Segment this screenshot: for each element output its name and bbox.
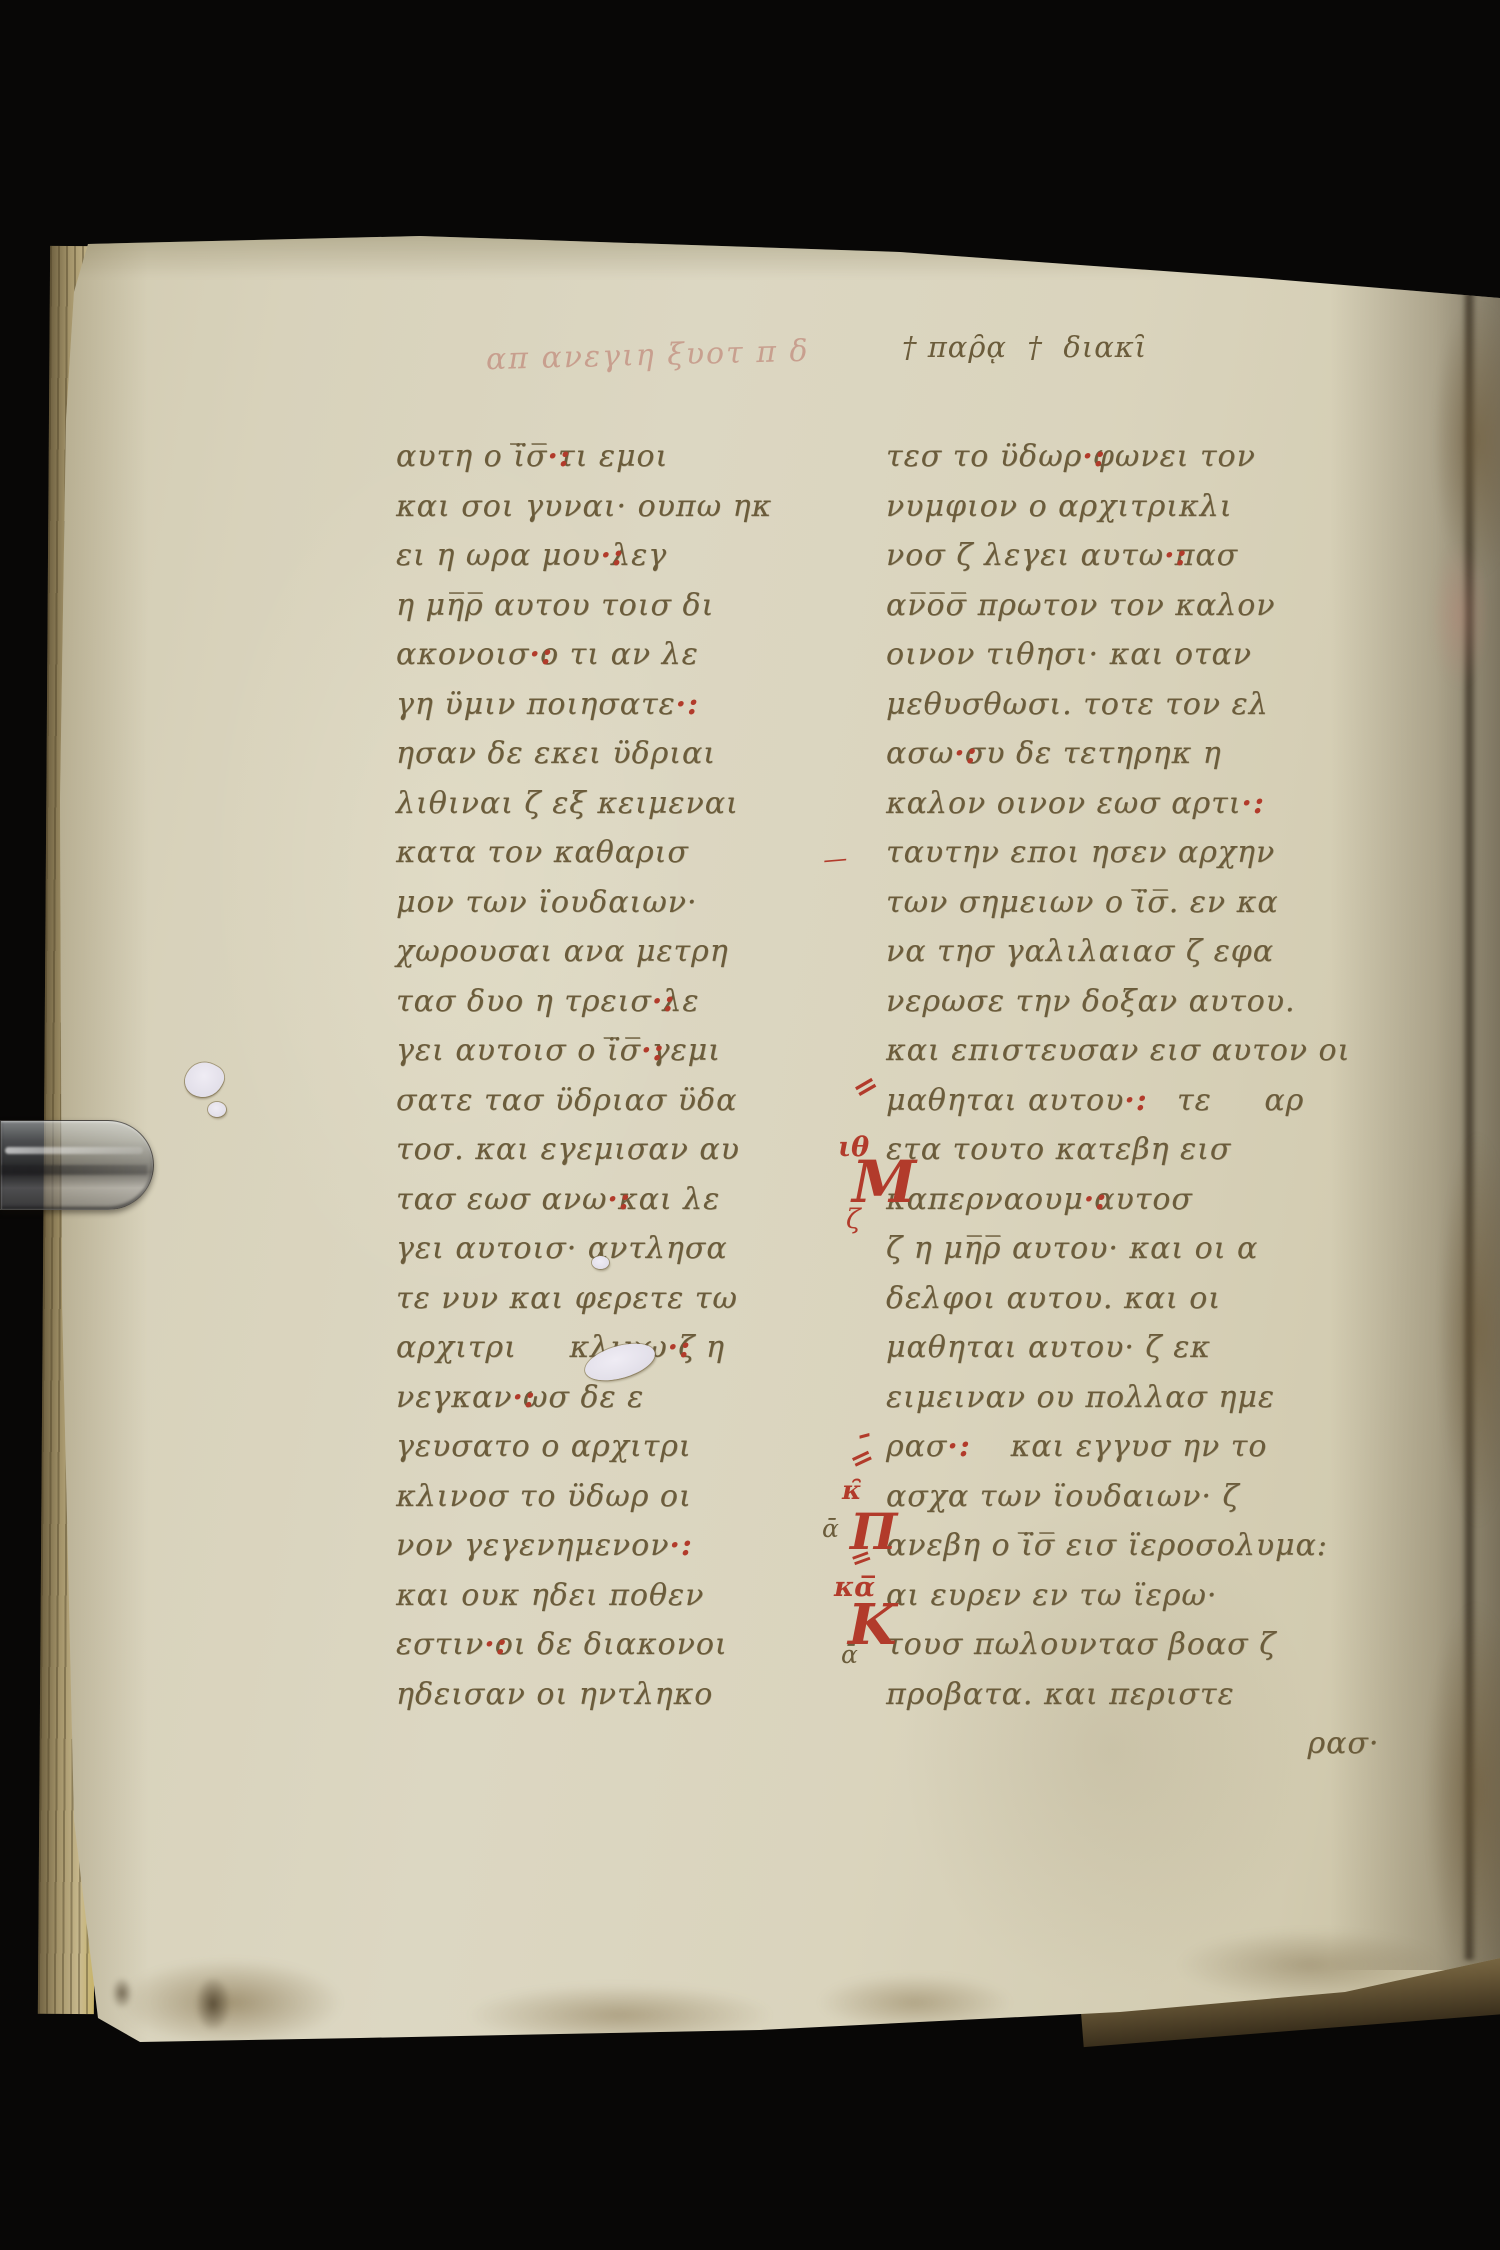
- manuscript-line: τασ εωσ ανω·: και λε: [396, 1175, 916, 1225]
- manuscript-line: τασ δυο η τρεισ·: λε: [396, 977, 916, 1027]
- manuscript-line: νοσ ζ λεγει αυτω·: πασ: [886, 531, 1406, 581]
- paragraph-mark-red: —: [822, 844, 848, 874]
- manuscript-line: ταυτην εποι ησεν αρχην: [886, 828, 1406, 878]
- manuscript-line: των σημειων ο ϊ̅σ̅. εν κα: [886, 878, 1406, 928]
- manuscript-page: † παρ̑ᾳ † διακι̑ απ ανεγιη ξυοτ π δ αυτη…: [0, 0, 1500, 2250]
- manuscript-line: τουσ πωλουντασ βοασ ζ: [886, 1620, 1406, 1670]
- glass-page-weight[interactable]: [0, 1120, 154, 1210]
- manuscript-line: καπερναουμ·: αυτοσ: [886, 1175, 1406, 1225]
- manuscript-line: ηδεισαν οι ηντληκο: [396, 1670, 916, 1720]
- manuscript-line: μαθηται αυτου· ζ εκ: [886, 1323, 1406, 1373]
- manuscript-line: ανεβη ο ϊ̅σ̅ εισ ϊεροσολυμα:: [886, 1521, 1406, 1571]
- manuscript-line: ασω·: συ δε τετηρηκ η: [886, 729, 1406, 779]
- manuscript-line: γει αυτοισ· αντλησα: [396, 1224, 916, 1274]
- rod-core-shadow: [1, 1165, 147, 1175]
- water-stain: [120, 1960, 340, 2045]
- rod-highlight: [5, 1147, 143, 1154]
- dark-stain: [196, 1978, 230, 2030]
- manuscript-line: προβατα. και περιστε: [886, 1670, 1406, 1720]
- manuscript-line: γει αυτοισ ο ϊ̅σ̅·: γεμι: [396, 1026, 916, 1076]
- manuscript-line: νυμφιον ο αρχιτρικλι: [886, 482, 1406, 532]
- manuscript-line: ειμειναν ου πολλασ ημε: [886, 1373, 1406, 1423]
- manuscript-line: ει η ωρα μου·: λεγ: [396, 531, 916, 581]
- manuscript-line: ησαν δε εκει ϋδριαι: [396, 729, 916, 779]
- manuscript-line: δελφοι αυτου. και οι: [886, 1274, 1406, 1324]
- manuscript-line: και επιστευσαν εισ αυτον οι: [886, 1026, 1406, 1076]
- water-stain: [820, 1975, 1010, 2030]
- canon-mark: ζ: [846, 1204, 861, 1235]
- manuscript-line: ρασ·: και εγγυσ ην το: [886, 1422, 1406, 1472]
- manuscript-line: σατε τασ ϋδριασ ϋδα: [396, 1076, 916, 1126]
- canon-number-alpha-2: ᾱ: [841, 1640, 858, 1669]
- manuscript-line: εστιν·: οι δε διακονοι: [396, 1620, 916, 1670]
- manuscript-line: ζ η μη̅ρ̅ αυτου· και οι α: [886, 1224, 1406, 1274]
- text-column-right: τεσ το ϋδωρ·: φωνει τοννυμφιον ο αρχιτρι…: [886, 432, 1406, 1769]
- lection-heading: † παρ̑ᾳ † διακι̑: [902, 330, 1147, 364]
- dark-stain: [112, 1978, 132, 2008]
- manuscript-line: καλον οινον εωσ αρτι·:: [886, 779, 1406, 829]
- manuscript-line: γη ϋμιν ποιησατε·:: [396, 680, 916, 730]
- manuscript-line: ετα τουτο κατεβη εισ: [886, 1125, 1406, 1175]
- manuscript-line: ρασ·: [886, 1719, 1406, 1769]
- manuscript-line: ακονοισ·: ο τι αν λε: [396, 630, 916, 680]
- manuscript-line: τεσ το ϋδωρ·: φωνει τον: [886, 432, 1406, 482]
- parchment-stain: [1430, 540, 1490, 690]
- initial-mu: Μ: [852, 1148, 916, 1216]
- manuscript-line: να τησ γαλιλαιασ ζ εφα: [886, 927, 1406, 977]
- manuscript-line: μον των ϊουδαιων·: [396, 878, 916, 928]
- manuscript-line: η μη̅ρ̅ αυτου τοισ δι: [396, 581, 916, 631]
- manuscript-line: ασχα των ϊουδαιων· ζ: [886, 1472, 1406, 1522]
- manuscript-line: αυτη ο ϊ̅σ̅·: τι εμοι: [396, 432, 916, 482]
- manuscript-line: αν̅ο̅σ̅ πρωτον τον καλον: [886, 581, 1406, 631]
- manuscript-line: νερωσε την δοξαν αυτου.: [886, 977, 1406, 1027]
- manuscript-line: αρχιτρι κλινω·: ζ η: [396, 1323, 916, 1373]
- page-top-shadow: [60, 232, 1500, 278]
- manuscript-line: τε νυν και φερετε τω: [396, 1274, 916, 1324]
- facing-leaf-edge: [1424, 1600, 1500, 1980]
- manuscript-line: νεγκαν·: ωσ δε ε: [396, 1373, 916, 1423]
- manuscript-line: γευσατο ο αρχιτρι: [396, 1422, 916, 1472]
- manuscript-line: οινον τιθησι· και οταν: [886, 630, 1406, 680]
- facing-leaf-edge: [1438, 1130, 1500, 1530]
- facing-leaf-edge: [1432, 300, 1500, 580]
- parchment-hole: [592, 1256, 609, 1269]
- faded-rubric-offset: απ ανεγιη ξυοτ π δ: [486, 334, 810, 377]
- manuscript-line: αι ευρεν εν τω ϊερω·: [886, 1571, 1406, 1621]
- water-stain: [470, 1985, 770, 2045]
- parchment-hole: [208, 1102, 226, 1117]
- manuscript-line: μαθηται αυτου·: τε αρ: [886, 1076, 1406, 1126]
- manuscript-line: και σοι γυναι· ουπω ηκ: [396, 482, 916, 532]
- canon-number-alpha-1: ᾱ: [822, 1514, 839, 1543]
- manuscript-line: χωρουσαι ανα μετρη: [396, 927, 916, 977]
- manuscript-line: μεθυσθωσι. τοτε τον ελ: [886, 680, 1406, 730]
- manuscript-line: λιθιναι ζ εξ κειμεναι: [396, 779, 916, 829]
